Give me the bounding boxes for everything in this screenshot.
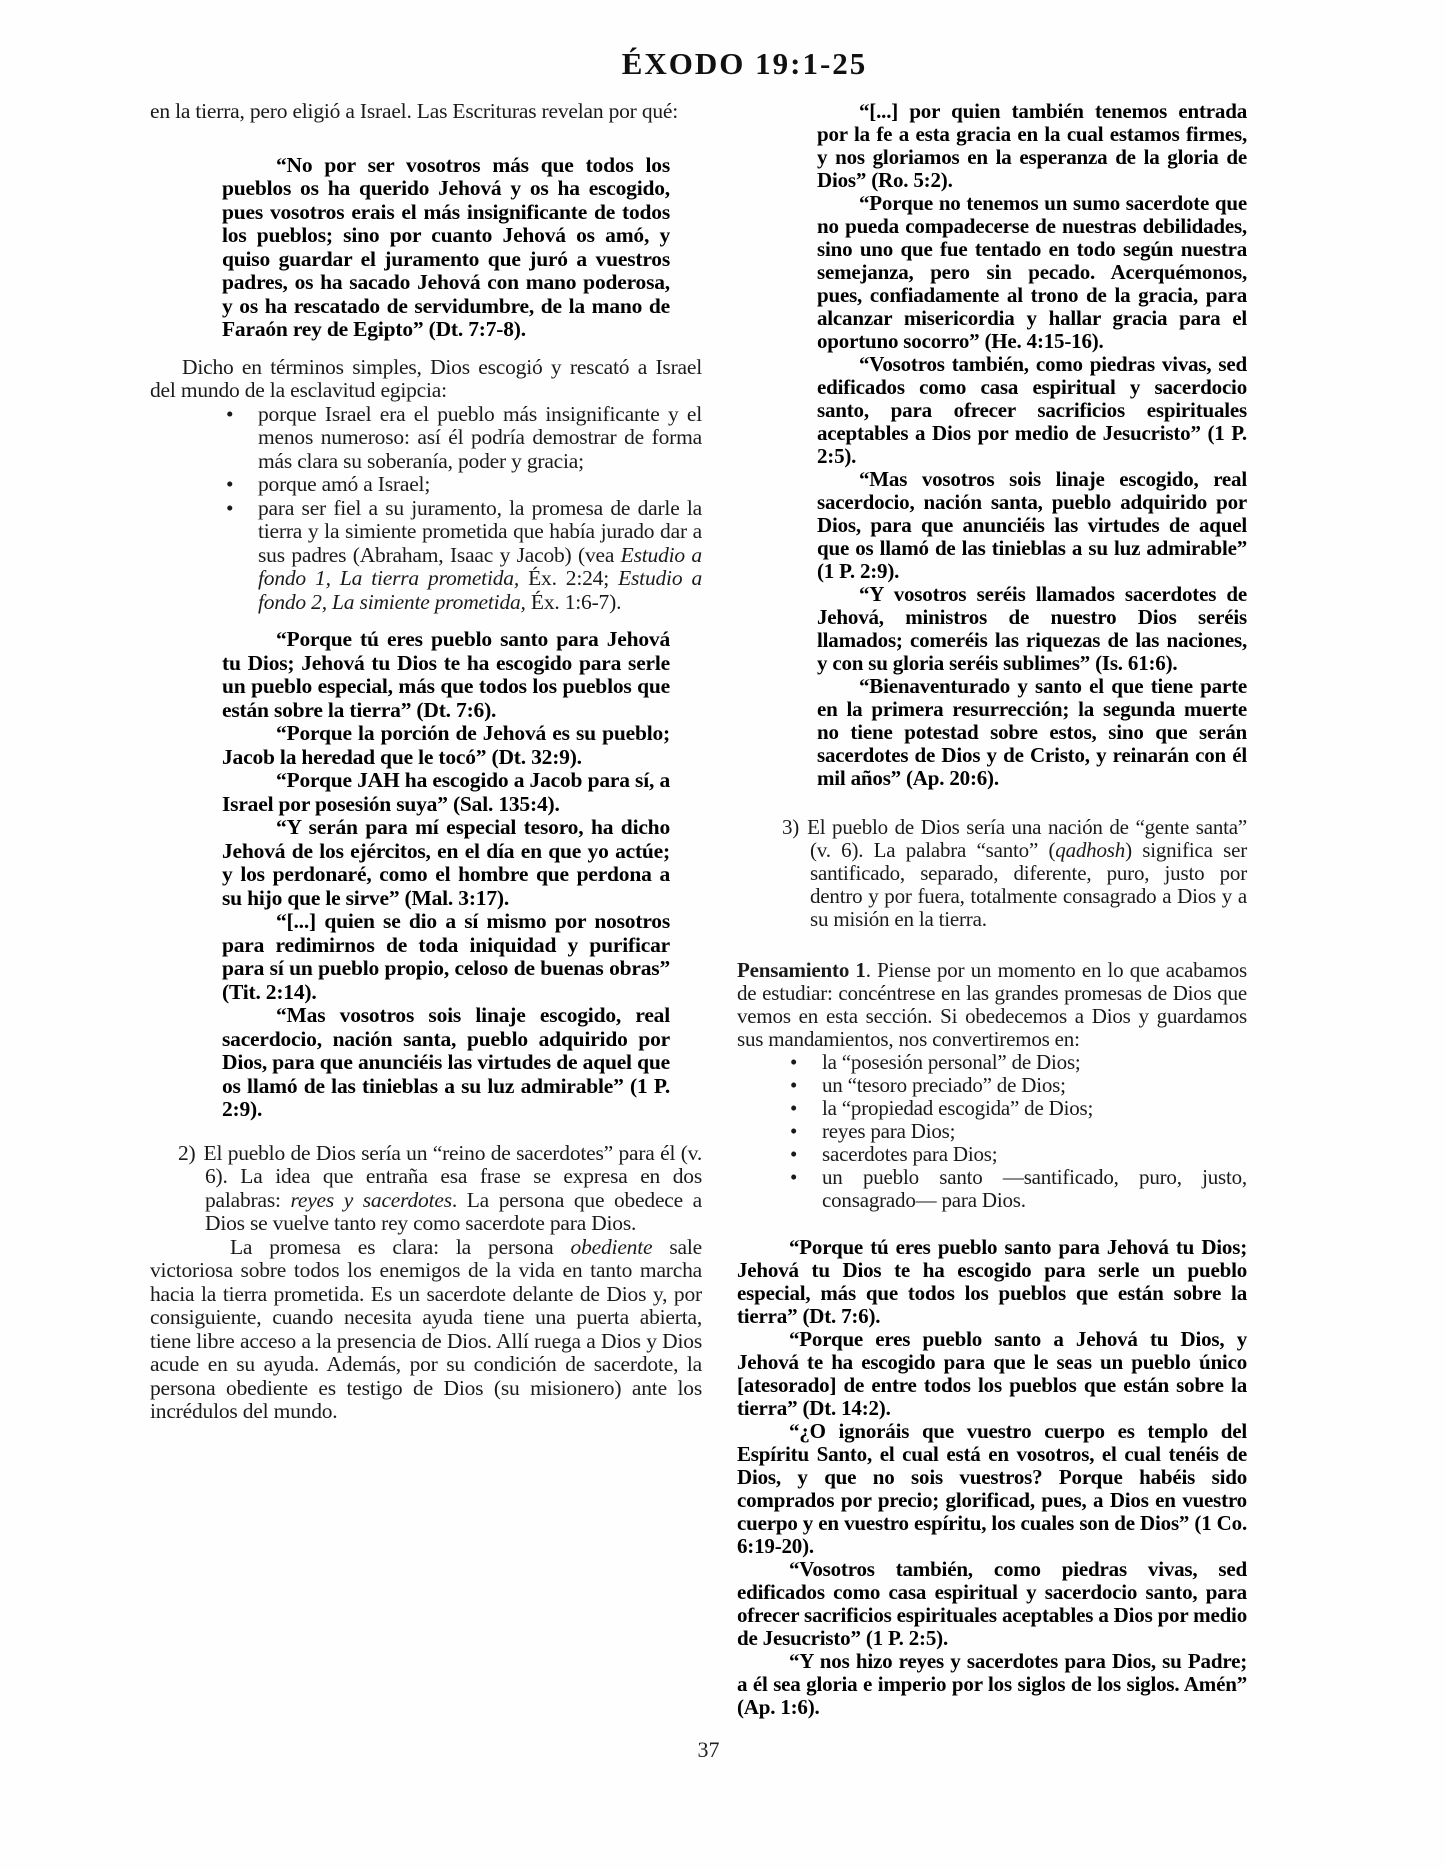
left-column: en la tierra, pero eligió a Israel. Las … <box>150 100 702 1424</box>
paragraph-pensamiento: Pensamiento 1. Piense por un momento en … <box>737 959 1247 1051</box>
scripture-quote: “Porque tú eres pueblo santo para Jehová… <box>222 628 670 722</box>
document-page: ÉXODO 19:1-25 en la tierra, pero eligió … <box>0 0 1445 1870</box>
page-title: ÉXODO 19:1-25 <box>22 46 1445 82</box>
list-item: porque amó a Israel; <box>222 473 702 497</box>
list-item: un pueblo santo —santificado, puro, just… <box>786 1166 1247 1212</box>
scripture-quote: “Porque eres pueblo santo a Jehová tu Di… <box>737 1328 1247 1420</box>
scripture-quote: “Y nos hizo reyes y sacerdotes para Dios… <box>737 1650 1247 1719</box>
scripture-quote-group-top: “[...] por quien también tenemos entrada… <box>737 100 1247 790</box>
bullet-list-right: la “posesión personal” de Dios; un “teso… <box>737 1051 1247 1212</box>
scripture-quote-group-bottom: “Porque tú eres pueblo santo para Jehová… <box>737 1236 1247 1719</box>
numbered-item-3-text: El pueblo de Dios sería una nación de “g… <box>807 815 1247 931</box>
list-item: para ser fiel a su juramento, la promesa… <box>222 497 702 615</box>
paragraph-promesa: La promesa es clara: la persona obedient… <box>150 1236 702 1424</box>
list-item: la “posesión personal” de Dios; <box>786 1051 1247 1074</box>
scripture-quote-group-left: “Porque tú eres pueblo santo para Jehová… <box>150 628 702 1122</box>
scripture-quote: “No por ser vosotros más que todos los p… <box>222 154 670 342</box>
numbered-item-2: 2)El pueblo de Dios sería un “reino de s… <box>150 1142 702 1236</box>
item-number: 2) <box>178 1141 204 1165</box>
page-number: 37 <box>0 1737 1431 1763</box>
scripture-quote: “Y serán para mí especial tesoro, ha dic… <box>222 816 670 910</box>
bullet-list-left: porque Israel era el pueblo más insignif… <box>150 403 702 615</box>
right-column: “[...] por quien también tenemos entrada… <box>737 100 1247 1719</box>
scripture-quote: “Vosotros también, como piedras vivas, s… <box>737 1558 1247 1650</box>
scripture-quote: “¿O ignoráis que vuestro cuerpo es templ… <box>737 1420 1247 1558</box>
numbered-item-2-text: El pueblo de Dios sería un “reino de sac… <box>204 1141 702 1236</box>
scripture-quote: “Porque no tenemos un sumo sacerdote que… <box>817 192 1247 353</box>
list-item: reyes para Dios; <box>786 1120 1247 1143</box>
scripture-quote: “Mas vosotros sois linaje escogido, real… <box>817 468 1247 583</box>
scripture-quote: “Porque la porción de Jehová es su puebl… <box>222 722 670 769</box>
scripture-quote: “Porque JAH ha escogido a Jacob para sí,… <box>222 769 670 816</box>
scripture-quote: “[...] quien se dio a sí mismo por nosot… <box>222 910 670 1004</box>
scripture-quote: “Mas vosotros sois linaje escogido, real… <box>222 1004 670 1122</box>
list-item: porque Israel era el pueblo más insignif… <box>222 403 702 474</box>
scripture-quote: “Bienaventurado y santo el que tiene par… <box>817 675 1247 790</box>
item-number: 3) <box>782 815 807 839</box>
paragraph-dicho: Dicho en términos simples, Dios escogió … <box>150 356 702 403</box>
scripture-quote: “Porque tú eres pueblo santo para Jehová… <box>737 1236 1247 1328</box>
scripture-quote: “[...] por quien también tenemos entrada… <box>817 100 1247 192</box>
scripture-quote: “Y vosotros seréis llamados sacerdotes d… <box>817 583 1247 675</box>
paragraph-intro: en la tierra, pero eligió a Israel. Las … <box>150 100 702 124</box>
list-item: sacerdotes para Dios; <box>786 1143 1247 1166</box>
list-item: un “tesoro preciado” de Dios; <box>786 1074 1247 1097</box>
list-item: la “propiedad escogida” de Dios; <box>786 1097 1247 1120</box>
scripture-quote: “Vosotros también, como piedras vivas, s… <box>817 353 1247 468</box>
numbered-item-3: 3)El pueblo de Dios sería una nación de … <box>737 816 1247 931</box>
